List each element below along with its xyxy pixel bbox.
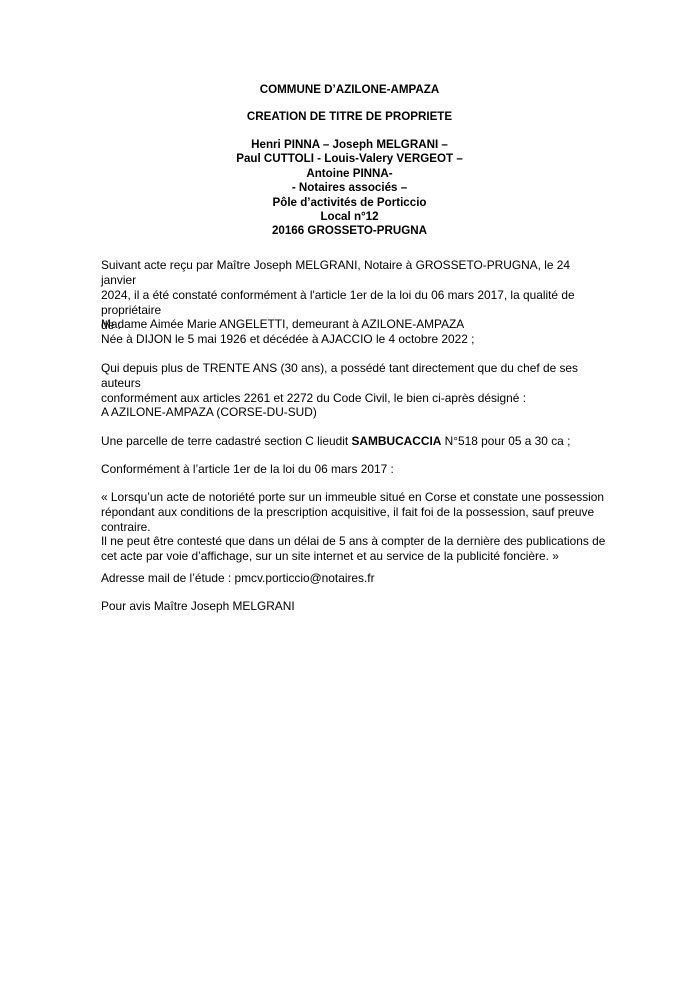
notaries-line: Paul CUTTOLI - Louis-Valery VERGEOT – bbox=[0, 152, 699, 166]
parcel-lieudit: SAMBUCACCIA bbox=[352, 434, 442, 448]
commune-heading: COMMUNE D’AZILONE-AMPAZA bbox=[0, 83, 699, 97]
text-line: contraire. bbox=[101, 520, 606, 535]
text-line: Née à DIJON le 5 mai 1926 et décédée à A… bbox=[101, 332, 606, 347]
notaries-block: Henri PINNA – Joseph MELGRANI – Paul CUT… bbox=[0, 138, 699, 239]
document-title: CREATION DE TITRE DE PROPRIETE bbox=[0, 110, 699, 124]
text-line: 2024, il a été constaté conformément à l… bbox=[101, 288, 606, 318]
owner-paragraph: Madame Aimée Marie ANGELETTI, demeurant … bbox=[101, 317, 606, 347]
text-line: Conformément à l’article 1er de la loi d… bbox=[101, 462, 606, 477]
email-line: Adresse mail de l’étude : pmcv.porticcio… bbox=[101, 571, 606, 586]
text-line: cet acte par voie d’affichage, sur un si… bbox=[101, 549, 606, 564]
law-reference-paragraph: Conformément à l’article 1er de la loi d… bbox=[101, 462, 606, 477]
office-address-line: Local n°12 bbox=[0, 210, 699, 224]
text-line: « Lorsqu’un acte de notoriété porte sur … bbox=[101, 490, 606, 505]
notaries-line: Henri PINNA – Joseph MELGRANI – bbox=[0, 138, 699, 152]
text-line: répondant aux conditions de la prescript… bbox=[101, 505, 606, 520]
notaries-line: - Notaires associés – bbox=[0, 181, 699, 195]
location-paragraph: A AZILONE-AMPAZA (CORSE-DU-SUD) bbox=[101, 405, 606, 420]
office-address-line: Pôle d’activités de Porticcio bbox=[0, 196, 699, 210]
text-line: Madame Aimée Marie ANGELETTI, demeurant … bbox=[101, 317, 606, 332]
notaries-line: Antoine PINNA- bbox=[0, 167, 699, 181]
text-line: Qui depuis plus de TRENTE ANS (30 ans), … bbox=[101, 361, 606, 391]
parcel-suffix: N°518 pour 05 a 30 ca ; bbox=[441, 434, 570, 448]
parcel-paragraph: Une parcelle de terre cadastré section C… bbox=[101, 434, 606, 449]
email-paragraph: Adresse mail de l’étude : pmcv.porticcio… bbox=[101, 571, 606, 586]
text-line: A AZILONE-AMPAZA (CORSE-DU-SUD) bbox=[101, 405, 606, 420]
text-line: Il ne peut être contesté que dans un dél… bbox=[101, 534, 606, 549]
signature-paragraph: Pour avis Maître Joseph MELGRANI bbox=[101, 599, 606, 614]
text-line: Une parcelle de terre cadastré section C… bbox=[101, 434, 606, 449]
text-line: Suivant acte reçu par Maître Joseph MELG… bbox=[101, 258, 606, 288]
text-line: conformément aux articles 2261 et 2272 d… bbox=[101, 391, 606, 406]
signature-line: Pour avis Maître Joseph MELGRANI bbox=[101, 599, 606, 614]
quote-paragraph-1: « Lorsqu’un acte de notoriété porte sur … bbox=[101, 490, 606, 535]
office-address-line: 20166 GROSSETO-PRUGNA bbox=[0, 224, 699, 238]
quote-paragraph-2: Il ne peut être contesté que dans un dél… bbox=[101, 534, 606, 564]
parcel-prefix: Une parcelle de terre cadastré section C… bbox=[101, 434, 352, 448]
possession-paragraph: Qui depuis plus de TRENTE ANS (30 ans), … bbox=[101, 361, 606, 406]
